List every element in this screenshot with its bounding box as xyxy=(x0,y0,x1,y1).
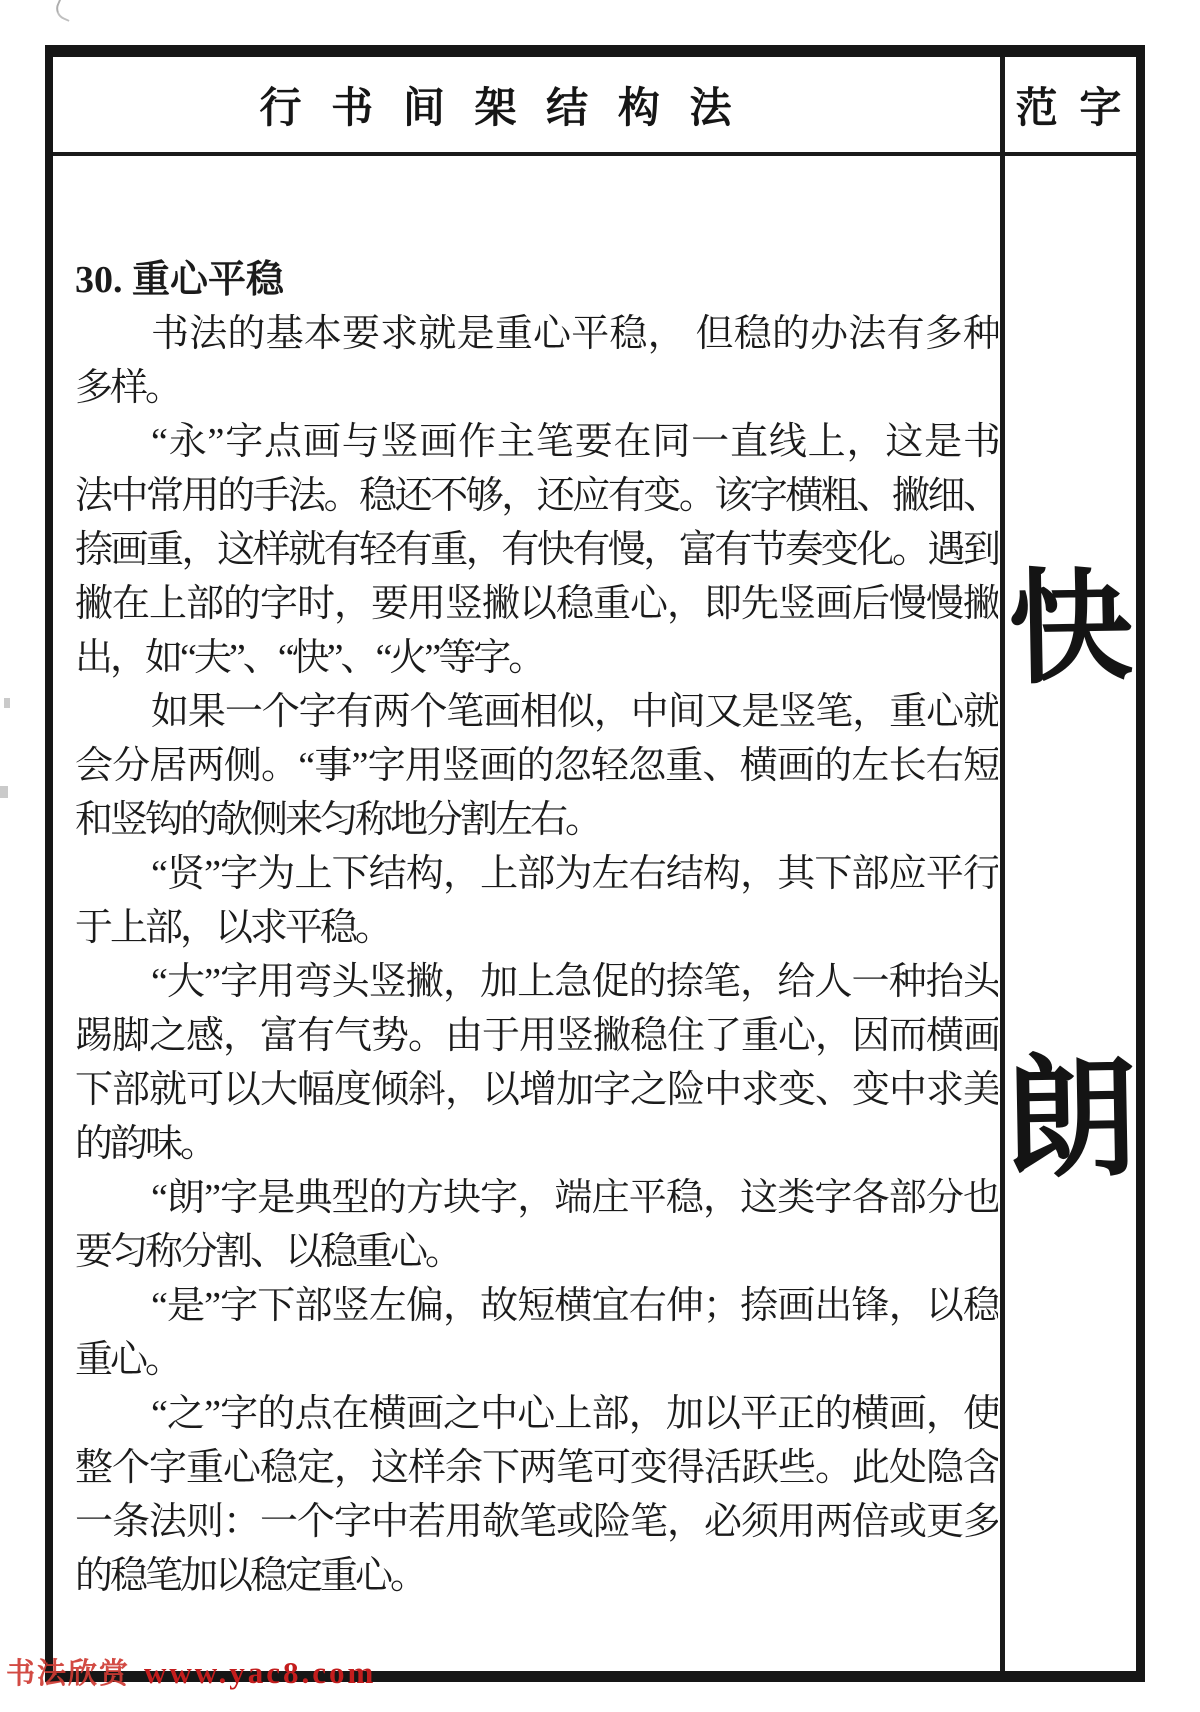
text-line: 书法的基本要求就是重心平稳， 但稳的办法有多种 xyxy=(75,307,998,361)
watermark: 书法欣赏 www.yac8.com xyxy=(6,1651,376,1692)
text-line: “是”字下部竖左偏，故短横宜右伸；捺画出锋，以稳 xyxy=(75,1279,998,1333)
text-line: 一条法则：一个字中若用欹笔或险笔，必须用两倍或更多 xyxy=(75,1495,998,1549)
page-frame: 行 书 间 架 结 构 法 范 字 30. 重心平稳 书法的基本要求就是重心平稳… xyxy=(45,45,1145,1682)
text-line: “贤”字为上下结构，上部为左右结构，其下部应平行 xyxy=(75,847,998,901)
text-line: 出，如“夫”、“快”、“火”等字。 xyxy=(75,631,998,685)
model-character-column: 快 朗 xyxy=(1005,156,1136,1671)
text-line: 重心。 xyxy=(75,1333,998,1387)
text-line: “朗”字是典型的方块字，端庄平稳，这类字各部分也 xyxy=(75,1171,998,1225)
text-line: 如果一个字有两个笔画相似，中间又是竖笔，重心就 xyxy=(75,685,998,739)
page-title: 行 书 间 架 结 构 法 xyxy=(259,75,737,135)
header-row: 行 书 间 架 结 构 法 范 字 xyxy=(53,57,1136,156)
header-main-cell: 行 书 间 架 结 构 法 xyxy=(53,57,1005,152)
scan-edge-mark xyxy=(0,786,8,798)
text-line: 撇在上部的字时，要用竖撇以稳重心，即先竖画后慢慢撇 xyxy=(75,577,998,631)
text-line: “大”字用弯头竖撇，加上急促的捺笔，给人一种抬头 xyxy=(75,955,998,1009)
text-line: 法中常用的手法。稳还不够，还应有变。该字横粗、撇细、 xyxy=(75,469,998,523)
section-heading: 30. 重心平稳 xyxy=(75,253,998,307)
text-line: 踢脚之感，富有气势。由于用竖撇稳住了重心，因而横画 xyxy=(75,1009,998,1063)
model-character-kuai: 快 xyxy=(1004,567,1137,693)
text-line: 和竖钩的欹侧来匀称地分割左右。 xyxy=(75,793,998,847)
scan-edge-mark xyxy=(4,698,10,708)
text-line: 的稳笔加以稳定重心。 xyxy=(75,1549,998,1603)
text-line: “永”字点画与竖画作主笔要在同一直线上，这是书 xyxy=(75,415,998,469)
header-side-cell: 范 字 xyxy=(1005,57,1136,152)
text-line: 的韵味。 xyxy=(75,1117,998,1171)
text-line: 捺画重，这样就有轻有重，有快有慢，富有节奏变化。遇到 xyxy=(75,523,998,577)
body-row: 30. 重心平稳 书法的基本要求就是重心平稳， 但稳的办法有多种 多样。 “永”… xyxy=(53,156,1136,1671)
model-column-label: 范 字 xyxy=(1016,75,1126,135)
text-line: 整个字重心稳定，这样余下两笔可变得活跃些。此处隐含 xyxy=(75,1441,998,1495)
text-line: 要匀称分割、以稳重心。 xyxy=(75,1225,998,1279)
text-line: 会分居两侧。“事”字用竖画的忽轻忽重、横画的左长右短 xyxy=(75,739,998,793)
watermark-site-name: 书法欣赏 xyxy=(6,1651,130,1692)
scan-smudge xyxy=(52,0,75,22)
text-line: 于上部，以求平稳。 xyxy=(75,901,998,955)
text-line: “之”字的点在横画之中心上部，加以平正的横画，使 xyxy=(75,1387,998,1441)
text-line: 下部就可以大幅度倾斜，以增加字之险中求变、变中求美 xyxy=(75,1063,998,1117)
model-character-lang: 朗 xyxy=(1004,1053,1137,1187)
body-text-column: 30. 重心平稳 书法的基本要求就是重心平稳， 但稳的办法有多种 多样。 “永”… xyxy=(53,156,1005,1671)
watermark-url: www.yac8.com xyxy=(144,1655,376,1691)
text-line: 多样。 xyxy=(75,361,998,415)
